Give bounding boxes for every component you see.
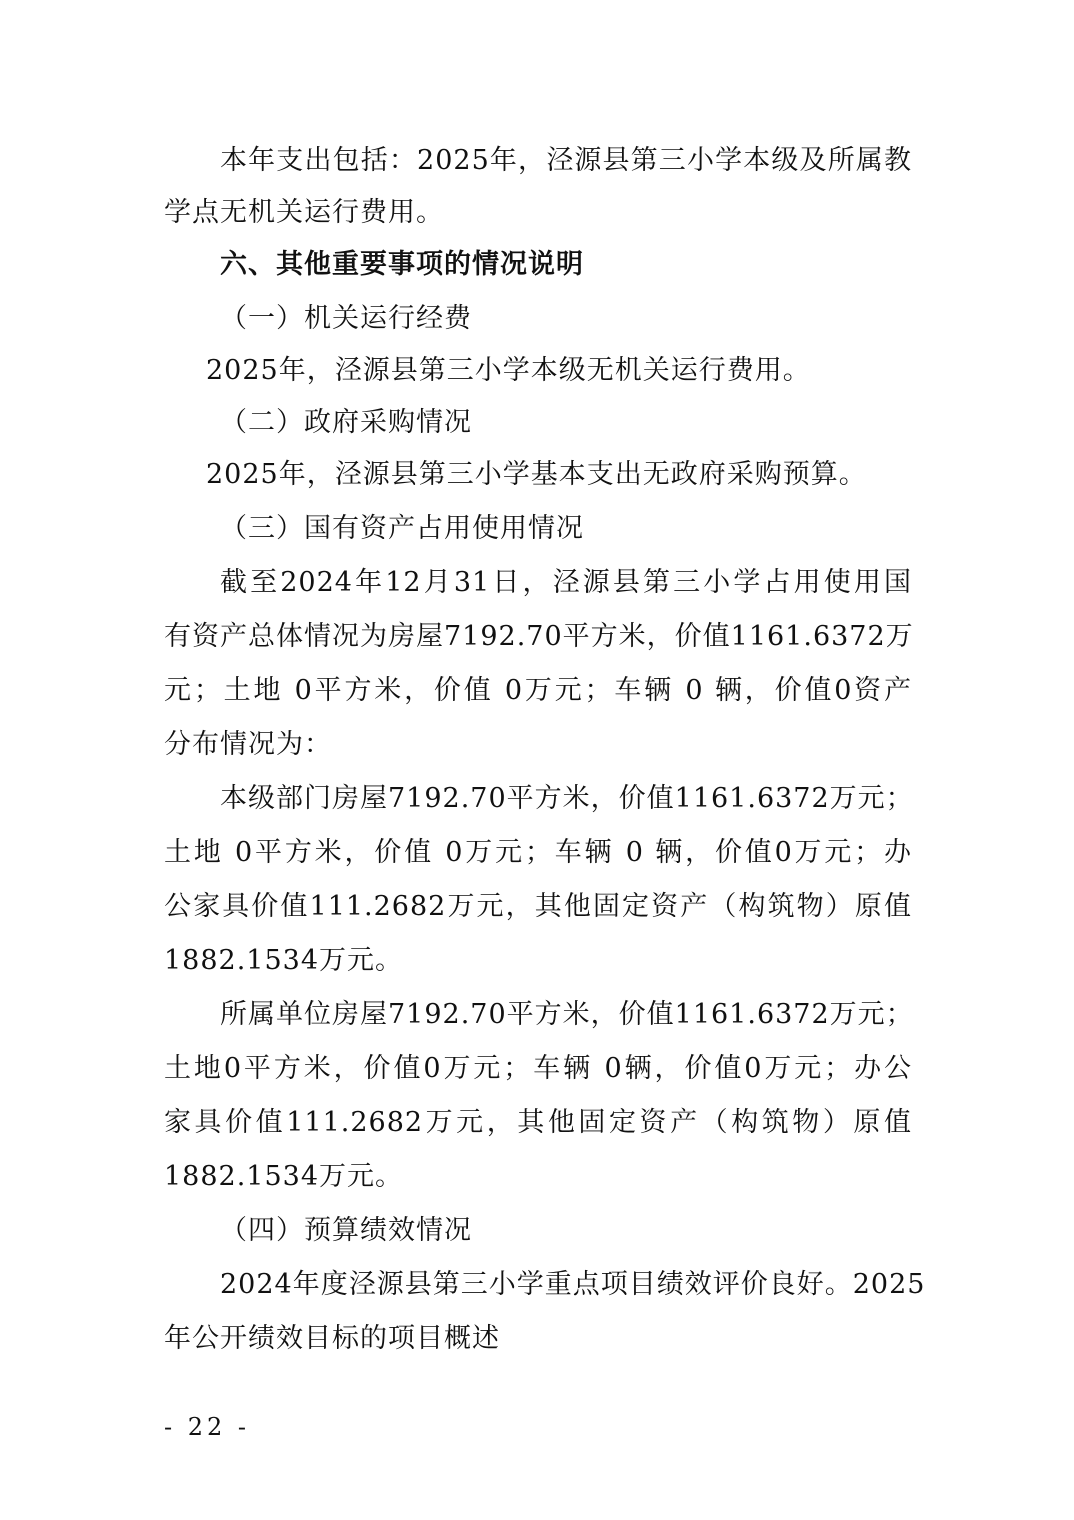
paragraph-budget-performance-line-1: 2024年度泾源县第三小学重点项目绩效评价良好。2025 bbox=[220, 1268, 912, 1302]
paragraph-expenditure-line-1: 本年支出包括：2025年，泾源县第三小学本级及所属教 bbox=[220, 144, 912, 178]
paragraph-department-assets-line-2: 土地 0平方米，价值 0万元；车辆 0 辆，价值0万元；办 bbox=[164, 836, 912, 870]
paragraph-budget-performance-line-2: 年公开绩效目标的项目概述 bbox=[164, 1322, 500, 1356]
paragraph-affiliated-assets-line-1: 所属单位房屋7192.70平方米，价值1161.6372万元； bbox=[220, 998, 900, 1032]
paragraph-department-assets-line-1: 本级部门房屋7192.70平方米，价值1161.6372万元； bbox=[220, 782, 900, 816]
page-number: - 22 - bbox=[164, 1413, 250, 1441]
paragraph-affiliated-assets-line-4: 1882.1534万元。 bbox=[164, 1160, 403, 1194]
paragraph-expenditure-line-2: 学点无机关运行费用。 bbox=[164, 196, 444, 230]
paragraph-affiliated-assets-line-3: 家具价值111.2682万元，其他固定资产（构筑物）原值 bbox=[164, 1106, 912, 1140]
paragraph-state-assets-line-1: 截至2024年12月31日，泾源县第三小学占用使用国 bbox=[220, 566, 912, 600]
paragraph-state-assets-line-2: 有资产总体情况为房屋7192.70平方米，价值1161.6372万 bbox=[164, 620, 912, 654]
paragraph-state-assets-line-3: 元；土地 0平方米，价值 0万元；车辆 0 辆，价值0资产 bbox=[164, 674, 912, 708]
paragraph-operating-expenses: 2025年，泾源县第三小学本级无机关运行费用。 bbox=[206, 354, 811, 388]
subheading-state-assets: （三）国有资产占用使用情况 bbox=[220, 512, 584, 546]
subheading-government-procurement: （二）政府采购情况 bbox=[220, 406, 472, 440]
paragraph-government-procurement: 2025年，泾源县第三小学基本支出无政府采购预算。 bbox=[206, 458, 867, 492]
section-heading-other-matters: 六、其他重要事项的情况说明 bbox=[220, 248, 584, 282]
paragraph-state-assets-line-4: 分布情况为： bbox=[164, 728, 332, 762]
paragraph-affiliated-assets-line-2: 土地0平方米，价值0万元；车辆 0辆，价值0万元；办公 bbox=[164, 1052, 912, 1086]
subheading-budget-performance: （四）预算绩效情况 bbox=[220, 1214, 472, 1248]
paragraph-department-assets-line-4: 1882.1534万元。 bbox=[164, 944, 403, 978]
paragraph-department-assets-line-3: 公家具价值111.2682万元，其他固定资产（构筑物）原值 bbox=[164, 890, 912, 924]
subheading-operating-expenses: （一）机关运行经费 bbox=[220, 302, 472, 336]
